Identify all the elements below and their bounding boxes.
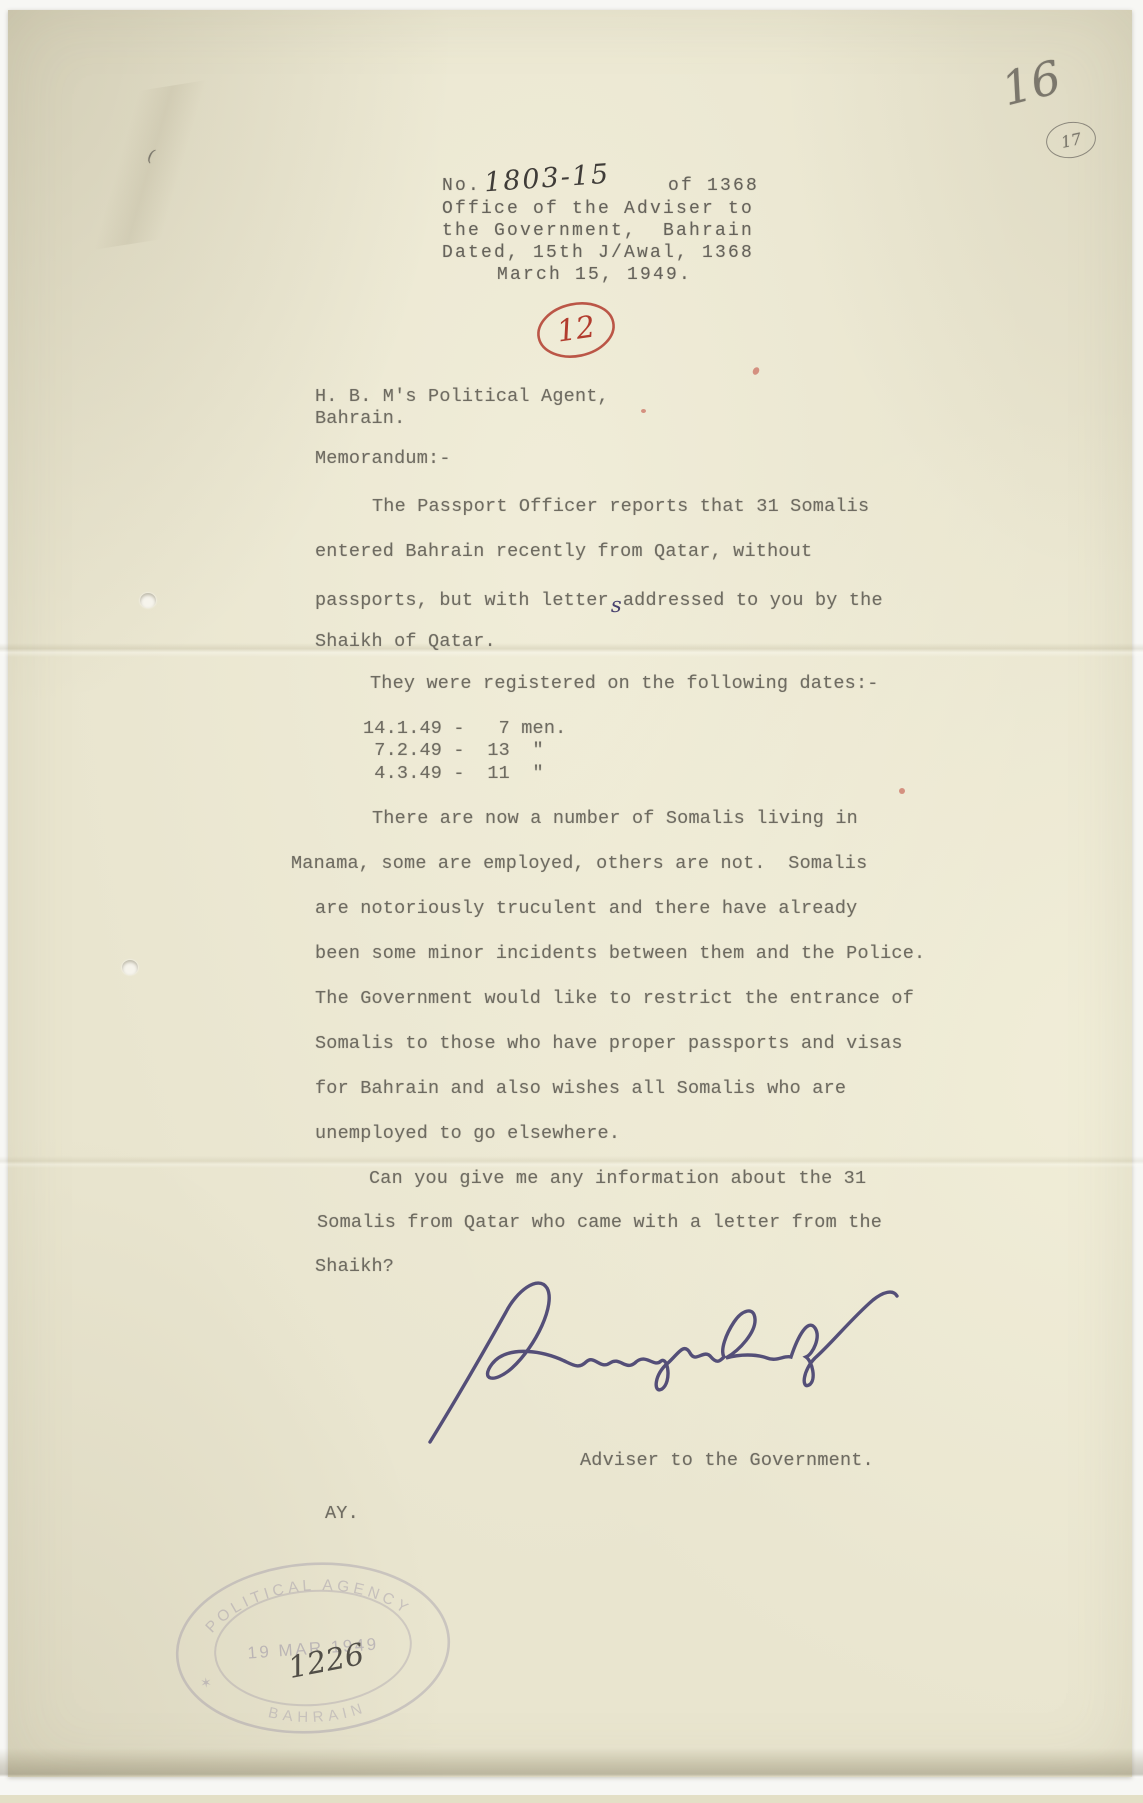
document-photograph: ( 16 17 No. 1803-15 of 1368 Office of th… xyxy=(0,0,1143,1803)
letterhead-gregorian-date: March 15, 1949. xyxy=(497,265,692,286)
memorandum-label: Memorandum:- xyxy=(315,448,451,469)
svg-text:BAHRAIN: BAHRAIN xyxy=(266,1697,370,1729)
ink-inserted-letter: s xyxy=(611,593,622,617)
date-list-row3: 4.3.49 - 11 " xyxy=(363,763,544,784)
para2-line1: There are now a number of Somalis living… xyxy=(372,808,858,829)
para2-line4: been some minor incidents between them a… xyxy=(315,943,925,964)
para1-line3-part2: addressed to you by the xyxy=(623,590,883,611)
recipient-line2: Bahrain. xyxy=(315,408,405,429)
red-ink-speck xyxy=(899,788,905,794)
reference-year: of 1368 xyxy=(668,176,759,197)
reference-label: No. xyxy=(442,176,481,196)
signoff-title: Adviser to the Government. xyxy=(580,1450,874,1471)
recipient-line1: H. B. M's Political Agent, xyxy=(315,386,609,407)
date-list-row1: 14.1.49 - 7 men. xyxy=(363,718,566,739)
stamp-arc-bottom-text: BAHRAIN xyxy=(266,1697,370,1729)
red-ink-speck xyxy=(641,409,646,413)
reference-number-line: No. xyxy=(442,176,481,197)
red-circled-number-value: 12 xyxy=(555,310,598,350)
svg-text:POLITICAL AGENCY: POLITICAL AGENCY xyxy=(200,1570,416,1637)
signature-ink-scrawl: Dalrymple Belgrave xyxy=(420,1258,920,1454)
letterhead-office-line1: Office of the Adviser to xyxy=(442,199,754,220)
para1-line3: passports, but with lettersaddressed to … xyxy=(315,586,883,611)
para1-line3-part1: passports, but with letter xyxy=(315,590,609,611)
typist-initials: AY. xyxy=(325,1503,359,1524)
para2-line3: are notoriously truculent and there have… xyxy=(315,898,858,919)
para1-line1: The Passport Officer reports that 31 Som… xyxy=(372,496,869,517)
letterhead-office-line2: the Government, Bahrain xyxy=(442,221,754,242)
stamp-arc-top-text: POLITICAL AGENCY xyxy=(200,1570,416,1637)
para1-line2: entered Bahrain recently from Qatar, wit… xyxy=(315,541,812,562)
registered-dates-intro: They were registered on the following da… xyxy=(370,673,879,694)
letterhead-hijri-date: Dated, 15th J/Awal, 1368 xyxy=(442,243,754,264)
date-list-row2: 7.2.49 - 13 " xyxy=(363,740,544,761)
para3-line1: Can you give me any information about th… xyxy=(369,1168,866,1189)
punch-hole-top xyxy=(140,593,156,608)
para2-line8: unemployed to go elsewhere. xyxy=(315,1123,620,1144)
para2-line6: Somalis to those who have proper passpor… xyxy=(315,1033,903,1054)
para3-line3: Shaikh? xyxy=(315,1256,394,1277)
punch-hole-bottom xyxy=(122,960,138,975)
para2-line5: The Government would like to restrict th… xyxy=(315,988,914,1009)
para2-line7: for Bahrain and also wishes all Somalis … xyxy=(315,1078,846,1099)
para1-line4: Shaikh of Qatar. xyxy=(315,631,496,652)
para2-line2: Manama, some are employed, others are no… xyxy=(291,853,867,874)
red-circled-number: 12 xyxy=(533,296,619,364)
para3-line2: Somalis from Qatar who came with a lette… xyxy=(317,1212,882,1233)
underlying-page-edge xyxy=(0,1795,1143,1803)
folio-number-circled-value: 17 xyxy=(1059,129,1083,152)
stamp-star-icon: ✶ xyxy=(200,1675,213,1692)
